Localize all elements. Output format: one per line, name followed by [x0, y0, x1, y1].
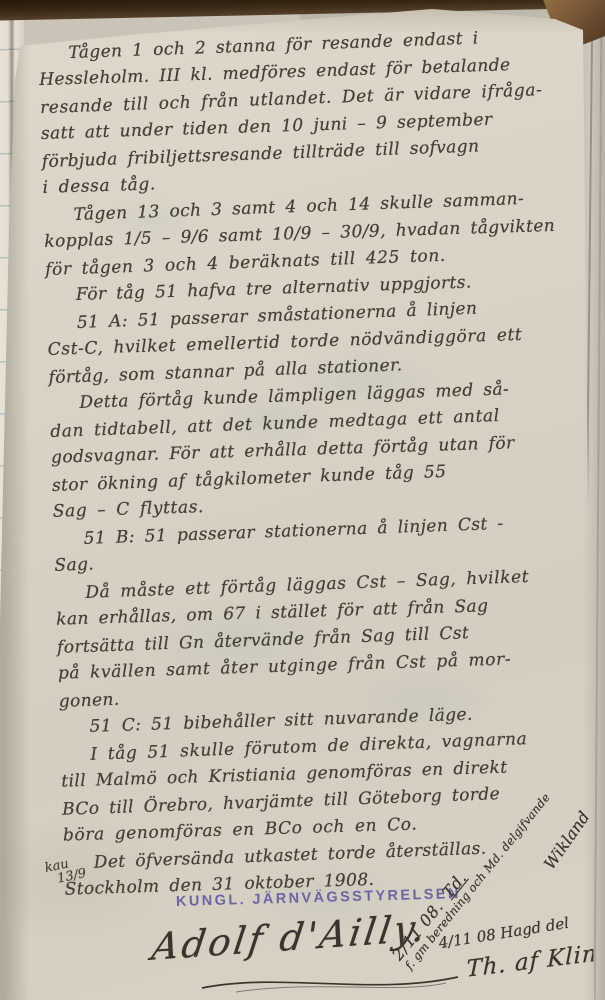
manuscript-page: Tågen 1 och 2 stanna för resande endast …	[0, 0, 605, 1000]
manuscript-text: Tågen 1 och 2 stanna för resande endast …	[38, 23, 605, 904]
photo-of-document-page: Tågen 1 och 2 stanna för resande endast …	[0, 0, 605, 1000]
signature-flourish	[196, 968, 466, 996]
signature: Adolf d'Ailly.	[149, 906, 430, 969]
annotation-text: Hagd del	[499, 914, 570, 943]
registrar-signature: Th. af Klint	[466, 939, 605, 983]
